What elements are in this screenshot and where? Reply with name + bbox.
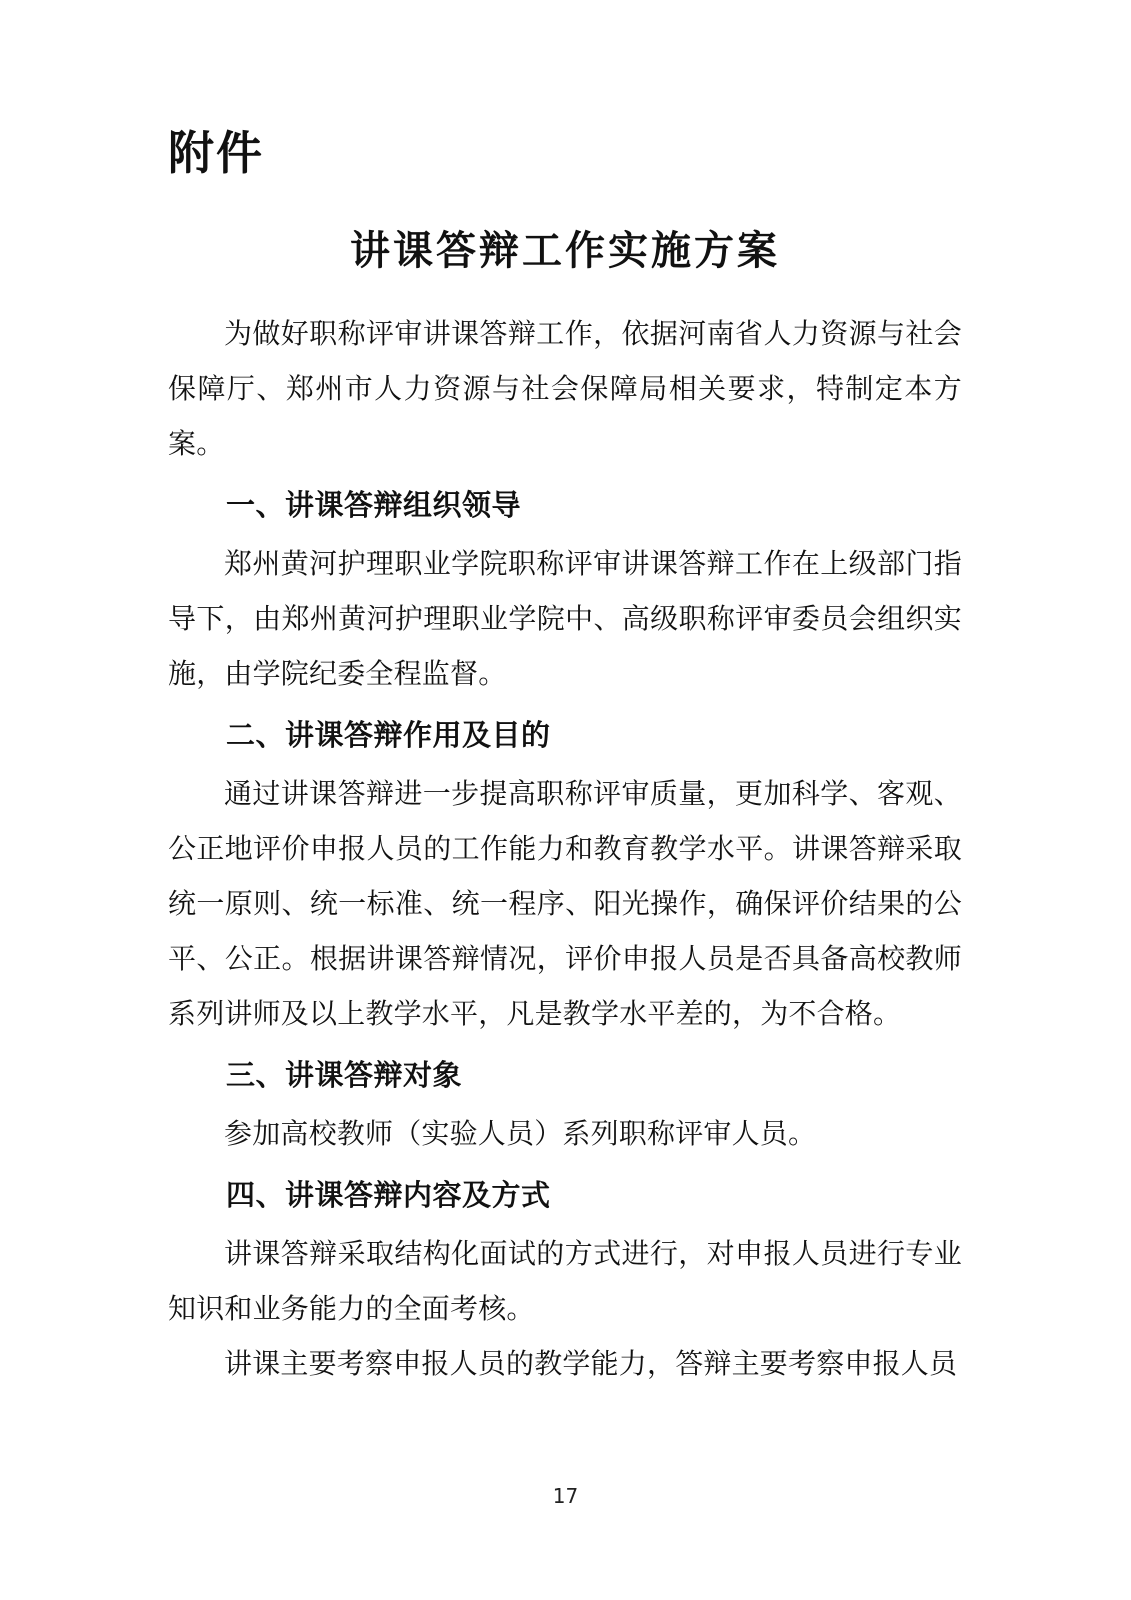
attachment-label: 附件 <box>168 128 962 181</box>
document-content: 附件 讲课答辩工作实施方案 为做好职称评审讲课答辩工作，依据河南省人力资源与社会… <box>0 0 1131 1392</box>
section-4-paragraph-1: 讲课答辩采取结构化面试的方式进行，对申报人员进行专业知识和业务能力的全面考核。 <box>168 1227 962 1337</box>
section-3-heading: 三、讲课答辩对象 <box>168 1048 962 1105</box>
section-1-paragraph: 郑州黄河护理职业学院职称评审讲课答辩工作在上级部门指导下，由郑州黄河护理职业学院… <box>168 537 962 702</box>
intro-paragraph: 为做好职称评审讲课答辩工作，依据河南省人力资源与社会保障厅、郑州市人力资源与社会… <box>168 307 962 472</box>
section-4-paragraph-2: 讲课主要考察申报人员的教学能力，答辩主要考察申报人员 <box>168 1337 962 1392</box>
section-2-paragraph: 通过讲课答辩进一步提高职称评审质量，更加科学、客观、公正地评价申报人员的工作能力… <box>168 767 962 1042</box>
page-number: 17 <box>0 1484 1131 1508</box>
section-2-heading: 二、讲课答辩作用及目的 <box>168 708 962 765</box>
document-page: 附件 讲课答辩工作实施方案 为做好职称评审讲课答辩工作，依据河南省人力资源与社会… <box>0 0 1131 1600</box>
section-3-paragraph: 参加高校教师（实验人员）系列职称评审人员。 <box>168 1107 962 1162</box>
section-1-heading: 一、讲课答辩组织领导 <box>168 478 962 535</box>
section-4-heading: 四、讲课答辩内容及方式 <box>168 1168 962 1225</box>
document-title: 讲课答辩工作实施方案 <box>168 227 962 275</box>
